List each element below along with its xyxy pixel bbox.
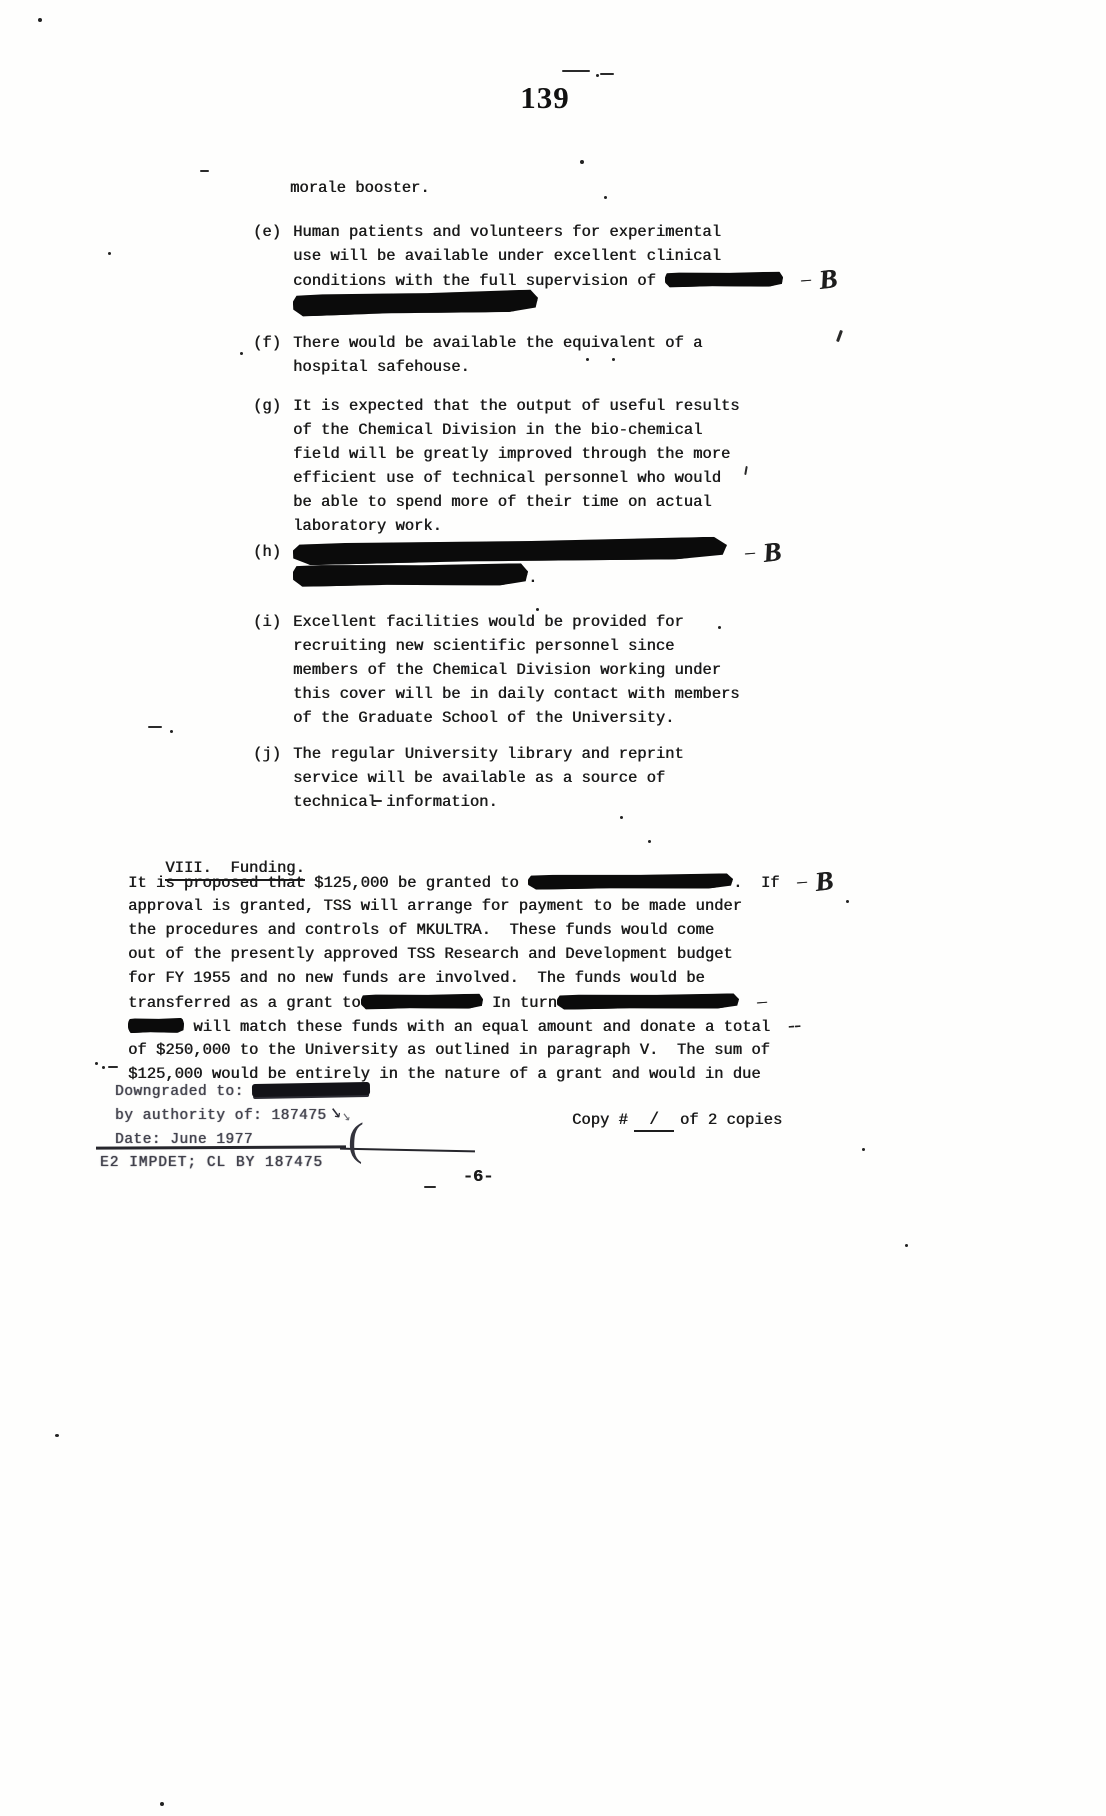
scan-speck <box>580 160 584 164</box>
handwritten-dash-mark: -- <box>787 1014 801 1039</box>
scan-speck <box>108 1066 118 1068</box>
list-item-body: –B. <box>293 540 781 588</box>
typed-text: use will be available under excellent cl… <box>293 247 721 265</box>
scan-speck <box>170 730 173 733</box>
text-line: . <box>293 564 781 588</box>
redaction-bar <box>293 289 538 316</box>
scan-speck <box>160 1802 164 1806</box>
text-line: It is proposed that $125,000 be granted … <box>128 870 888 894</box>
handwritten-dash-mark: – <box>797 870 808 895</box>
typed-text: conditions with the full supervision of <box>293 272 665 290</box>
typed-text: out of the presently approved TSS Resear… <box>128 945 733 963</box>
typed-text: It is proposed that $125,000 be granted … <box>128 874 528 892</box>
scan-speck <box>600 73 614 75</box>
list-item-f: (f)There would be available the equivale… <box>253 331 702 379</box>
typed-text: the procedures and controls of MKULTRA. … <box>128 921 714 939</box>
typed-text: recruiting new scientific personnel sinc… <box>293 637 674 655</box>
typed-text: laboratory work. <box>293 517 442 535</box>
classification-stamp-footer: E2 IMPDET; CL BY 187475 <box>100 1155 323 1171</box>
handwritten-dash-mark: – <box>744 541 755 566</box>
scan-speck <box>108 252 111 255</box>
list-item-label: (h) <box>253 540 293 588</box>
text-line: The regular University library and repri… <box>293 742 684 766</box>
text-line: this cover will be in daily contact with… <box>293 682 739 706</box>
text-line: service will be available as a source of <box>293 766 684 790</box>
page-number-top: 139 <box>495 80 595 116</box>
text-line: There would be available the equivalent … <box>293 331 702 355</box>
scan-speck <box>148 726 162 728</box>
scan-speck <box>38 18 42 22</box>
scan-speck <box>424 1186 436 1188</box>
text-line: laboratory work. <box>293 514 739 538</box>
text-line: field will be greatly improved through t… <box>293 442 739 466</box>
scan-speck <box>102 1066 105 1069</box>
list-item-label: (f) <box>253 331 293 379</box>
scan-speck <box>648 840 651 843</box>
typed-text: efficient use of technical personnel who… <box>293 469 721 487</box>
text-line: –B <box>293 540 781 564</box>
typed-text: of the Graduate School of the University… <box>293 709 674 727</box>
copy-number-underline: / <box>634 1108 674 1132</box>
text-line: It is expected that the output of useful… <box>293 394 739 418</box>
typed-text: service will be available as a source of <box>293 769 665 787</box>
handwritten-b-mark: B <box>815 880 833 882</box>
scan-speck <box>596 74 599 77</box>
scan-speck <box>240 352 243 355</box>
typed-text: hospital safehouse. <box>293 358 470 376</box>
scan-speck <box>905 1244 908 1247</box>
handwritten-copy-number: / <box>651 1108 656 1129</box>
typed-text: field will be greatly improved through t… <box>293 445 730 463</box>
scan-speck <box>744 466 748 475</box>
list-item-label: (i) <box>253 610 293 730</box>
text-line: efficient use of technical personnel who… <box>293 466 739 490</box>
typed-text: There would be available the equivalent … <box>293 334 702 352</box>
typed-text: It is expected that the output of useful… <box>293 397 739 415</box>
copy-prefix: Copy # <box>572 1111 628 1129</box>
text-line: transferred as a grant to In turn– <box>128 990 888 1014</box>
typed-text: . If <box>733 874 780 892</box>
text-line: of the Graduate School of the University… <box>293 706 739 730</box>
list-item-label: (g) <box>253 394 293 538</box>
text-line: approval is granted, TSS will arrange fo… <box>128 894 888 918</box>
redaction-bar <box>528 873 733 889</box>
list-item-body: It is expected that the output of useful… <box>293 394 739 538</box>
redaction-bar <box>128 1018 184 1033</box>
typed-text: approval is granted, TSS will arrange fo… <box>128 897 742 915</box>
redaction-bar <box>293 563 528 587</box>
typed-text: technical information. <box>293 793 498 811</box>
list-item-label: (e) <box>253 220 293 316</box>
typed-text: of the Chemical Division in the bio-chem… <box>293 421 702 439</box>
scan-speck <box>620 816 623 819</box>
handwritten-paren-mark: ( <box>347 1112 364 1166</box>
scan-speck <box>846 900 849 903</box>
text-line: for FY 1955 and no new funds are involve… <box>128 966 888 990</box>
text-line: Human patients and volunteers for experi… <box>293 220 837 244</box>
funding-paragraph: It is proposed that $125,000 be granted … <box>128 870 888 1086</box>
scan-speck <box>862 1148 865 1151</box>
handwritten-b-mark: B <box>819 278 837 280</box>
text-line: recruiting new scientific personnel sinc… <box>293 634 739 658</box>
typed-text: will match these funds with an equal amo… <box>184 1018 770 1036</box>
text-line: of $250,000 to the University as outline… <box>128 1038 888 1062</box>
scan-speck <box>836 330 843 342</box>
redaction-bar <box>360 994 482 1010</box>
scan-speck <box>55 1434 59 1437</box>
copy-number-line: Copy #/of 2 copies <box>572 1108 782 1132</box>
text-line: the procedures and controls of MKULTRA. … <box>128 918 888 942</box>
list-item-i: (i)Excellent facilities would be provide… <box>253 610 739 730</box>
typed-text: Excellent facilities would be provided f… <box>293 613 684 631</box>
typed-text: . <box>528 569 537 587</box>
text-line: use will be available under excellent cl… <box>293 244 837 268</box>
text-line: will match these funds with an equal amo… <box>128 1014 888 1038</box>
scan-speck <box>562 70 590 72</box>
handwritten-dash-mark: – <box>756 990 767 1015</box>
list-item-body: Excellent facilities would be provided f… <box>293 610 739 730</box>
typed-text: transferred as a grant to <box>128 994 361 1012</box>
handwritten-b-mark: B <box>763 551 781 553</box>
text-line: of the Chemical Division in the bio-chem… <box>293 418 739 442</box>
typed-text: this cover will be in daily contact with… <box>293 685 739 703</box>
redaction-bar <box>557 993 739 1009</box>
list-item-body: There would be available the equivalent … <box>293 331 702 379</box>
list-item-g: (g)It is expected that the output of use… <box>253 394 739 538</box>
list-item-label: (j) <box>253 742 293 814</box>
scan-speck <box>612 358 615 361</box>
list-item-e: (e)Human patients and volunteers for exp… <box>253 220 837 316</box>
list-item-h: (h)–B. <box>253 540 781 588</box>
text-line: be able to spend more of their time on a… <box>293 490 739 514</box>
scan-speck <box>372 800 382 802</box>
document-page: 139 morale booster. (e)Human patients an… <box>0 0 1106 1816</box>
redaction-bar <box>252 1082 370 1097</box>
intro-line: morale booster. <box>290 176 430 200</box>
typed-text: be able to spend more of their time on a… <box>293 493 712 511</box>
scan-speck <box>536 608 539 611</box>
typed-text: The regular University library and repri… <box>293 745 684 763</box>
text-line: technical information. <box>293 790 684 814</box>
handwritten-dash-mark: – <box>800 268 811 293</box>
typed-text: members of the Chemical Division working… <box>293 661 721 679</box>
text-line: hospital safehouse. <box>293 355 702 379</box>
text-line <box>293 292 837 316</box>
text-line: members of the Chemical Division working… <box>293 658 739 682</box>
list-item-body: The regular University library and repri… <box>293 742 684 814</box>
text-line: conditions with the full supervision of … <box>293 268 837 292</box>
scan-speck <box>604 196 607 199</box>
typed-text: of $250,000 to the University as outline… <box>128 1041 770 1059</box>
scan-speck <box>718 626 721 629</box>
list-item-j: (j)The regular University library and re… <box>253 742 684 814</box>
typed-text: for FY 1955 and no new funds are involve… <box>128 969 705 987</box>
redaction-bar <box>293 537 727 566</box>
redaction-bar <box>665 272 783 288</box>
typed-text: In turn <box>483 994 557 1012</box>
scan-speck <box>586 358 589 361</box>
page-number-bottom: -6- <box>438 1168 518 1187</box>
text-line: Excellent facilities would be provided f… <box>293 610 739 634</box>
scan-speck <box>200 170 209 172</box>
copy-suffix: of 2 copies <box>680 1111 782 1129</box>
scan-speck <box>95 1062 98 1065</box>
typed-text: Human patients and volunteers for experi… <box>293 223 721 241</box>
list-item-body: Human patients and volunteers for experi… <box>293 220 837 316</box>
text-line: out of the presently approved TSS Resear… <box>128 942 888 966</box>
